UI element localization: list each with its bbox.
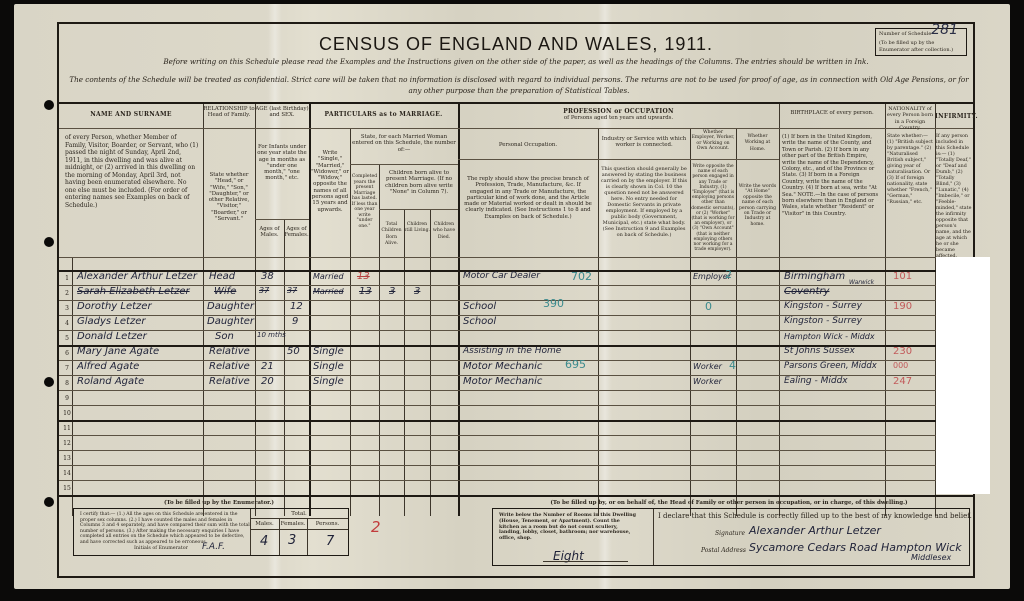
redacted-area: [936, 257, 990, 494]
column-header-infirmity: INFIRMITY.: [935, 114, 973, 120]
column-header-age: AGE (last Birthday) and SEX.: [255, 106, 309, 119]
occupier-box: Write below the Number of Rooms in this …: [492, 508, 970, 566]
page-title: CENSUS OF ENGLAND AND WALES, 1911.: [59, 34, 973, 55]
instruction-line: Before writing on this Schedule please r…: [59, 57, 973, 66]
postal-address-line2: Middlesex: [911, 553, 951, 562]
column-header-name: NAME AND SURNAME: [59, 112, 203, 118]
schedule-frame: CENSUS OF ENGLAND AND WALES, 1911. Befor…: [57, 22, 975, 578]
punch-hole: [44, 237, 54, 247]
total-females: 3: [288, 533, 296, 548]
census-table: NAME AND SURNAME of every Person, whethe…: [59, 102, 973, 516]
column-header-marriage: PARTICULARS as to MARRIAGE.: [309, 112, 458, 118]
occupier-heading: (To be filled up by, or on behalf of, th…: [489, 500, 969, 506]
column-header-nationality: NATIONALITY of every Person born in a Fo…: [885, 106, 935, 131]
schedule-number: 281: [931, 27, 958, 34]
column-header-occupation: PROFESSION or OCCUPATIONof Persons aged …: [458, 109, 779, 122]
signature: Alexander Arthur Letzer: [749, 524, 881, 537]
schedule-number-box: Number of Schedule (To be filled up by t…: [875, 28, 967, 56]
enumerator-box: I certify that:— (1.) All the ages on th…: [73, 508, 349, 556]
total-males: 4: [260, 534, 268, 549]
enumerator-initials: F.A.F.: [202, 542, 225, 552]
column-header-birthplace: BIRTHPLACE of every person.: [779, 110, 885, 116]
column-header-relationship: RELATIONSHIP to Head of Family.: [203, 106, 255, 119]
confidentiality-notice: The contents of the Schedule will be tre…: [69, 74, 969, 96]
margin-mark: 2: [371, 518, 381, 536]
punch-hole: [44, 497, 54, 507]
punch-hole: [44, 100, 54, 110]
total-persons: 7: [326, 534, 334, 549]
punch-hole: [44, 377, 54, 387]
enumerator-heading: (To be filled up by the Enumerator.): [99, 500, 339, 506]
